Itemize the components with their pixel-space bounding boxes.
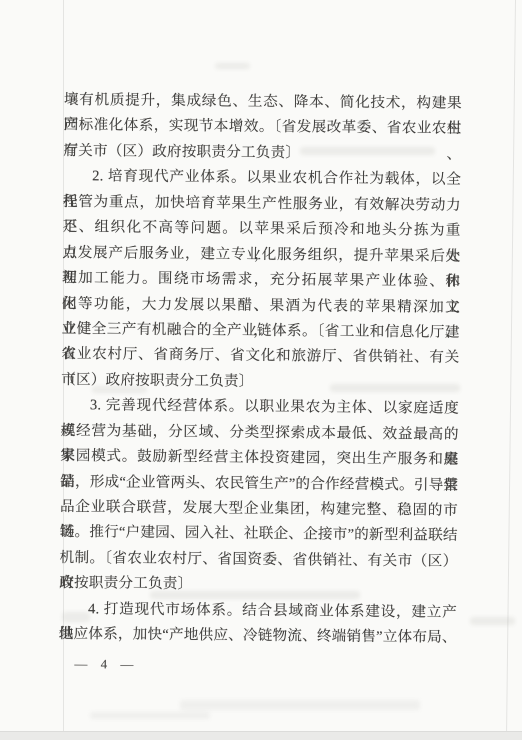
body-text-line: 托管为重点，加快培育苹果生产性服务业，有效解决劳动力不 bbox=[63, 190, 461, 219]
body-text-line: 销，形成“企业管两头、农民管生产”的合作经营模式。引导果 bbox=[60, 470, 458, 499]
scan-bottom-edge bbox=[0, 731, 522, 740]
body-text-line: 模经营为基础，分区域、分类型探索成本最低、效益最高的家庭 bbox=[61, 419, 459, 448]
body-text-line: 品企业联合联营，发展大型企业集团，构建完整、稳固的市场 bbox=[60, 495, 458, 524]
body-text-line: 化等功能，大力发展以果醋、果酒为代表的苹果精深加工业，建 bbox=[62, 291, 460, 320]
scanned-page-background: 壤有机质提升，集成绿色、生态、降本、简化技术，构建果园生 产标准化体系，实现节本… bbox=[0, 0, 522, 740]
body-text-line: 产标准化体系，实现节本增效。〔省发展改革委、省农业农村厅、 bbox=[64, 113, 462, 142]
page-number: — 4 — bbox=[74, 656, 137, 673]
body-text-line: 力发展产后服务业，建立专业化服务组织，提升苹果采后处理和 bbox=[62, 241, 460, 270]
bleedthrough-smudge bbox=[470, 617, 515, 625]
document-body: 壤有机质提升，集成绿色、生态、降本、简化技术，构建果园生 产标准化体系，实现节本… bbox=[58, 88, 462, 692]
body-text-line: 府按职责分工负责〕 bbox=[59, 571, 457, 600]
body-text-line: 链。推行“户建园、园入社、社联企、企接市”的新型利益联结 bbox=[60, 520, 458, 549]
bleedthrough-smudge bbox=[180, 700, 420, 710]
body-text-line-item-3: 3. 完善现代经营体系。以职业果农为主体、以家庭适度规 bbox=[61, 393, 459, 422]
body-text-line: （区）政府按职责分工负责〕 bbox=[61, 368, 459, 397]
bleedthrough-smudge bbox=[90, 712, 210, 719]
body-text-line: 果园模式。鼓励新型经营主体投资建园，突出生产服务和果品营 bbox=[60, 444, 458, 473]
body-text-line: 机制。〔省农业农村厅、省国资委、省供销社、有关市（区）政 bbox=[59, 546, 457, 575]
body-text-line: 初加工能力。围绕市场需求，充分拓展苹果产业体验、休闲、文 bbox=[62, 266, 460, 295]
body-text-line: 立健全三产有机融合的全产业链体系。〔省工业和信息化厅、省 bbox=[62, 317, 460, 346]
body-text-line: 农业农村厅、省商务厅、省文化和旅游厅、省供销社、有关市 bbox=[61, 342, 459, 371]
body-text-line: 壤有机质提升，集成绿色、生态、降本、简化技术，构建果园生 bbox=[64, 88, 462, 117]
body-text-line: 足、组织化不高等问题。以苹果采后预冷和地头分拣为重点，大 bbox=[63, 215, 461, 244]
bleedthrough-smudge bbox=[215, 63, 250, 69]
body-text-line-item-2: 2. 培育现代产业体系。以果业农机合作社为载体，以全程 bbox=[63, 164, 461, 193]
body-text-line-item-4: 4. 打造现代市场体系。结合县域商业体系建设，建立产地 bbox=[59, 597, 457, 626]
body-text-line: 供应体系，加快“产地供应、冷链物流、终端销售”立体布局、 bbox=[59, 622, 457, 651]
